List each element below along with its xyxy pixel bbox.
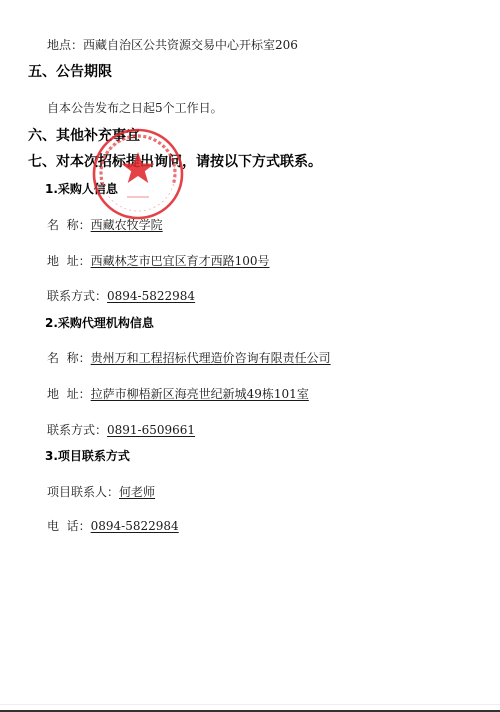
agency-name-line: 名 称：贵州万和工程招标代理造价咨询有限责任公司	[47, 350, 331, 366]
project-person-line: 项目联系人：何老师	[47, 484, 155, 500]
location-label: 地点：	[47, 38, 83, 52]
purchaser-contact-label: 联系方式：	[47, 289, 107, 303]
agency-contact-label: 联系方式：	[47, 423, 107, 437]
section7-heading: 七、对本次招标提出询问，请按以下方式联系。	[28, 153, 322, 171]
purchaser-contact-line: 联系方式：0894-5822984	[47, 288, 195, 304]
agency-address-line: 地 址：拉萨市柳梧新区海亮世纪新城49栋101室	[47, 386, 309, 402]
project-phone-value: 0894-5822984	[91, 519, 179, 533]
agency-name-label: 名 称：	[47, 351, 91, 365]
agency-address-label: 地 址：	[47, 387, 91, 401]
location-line: 地点：西藏自治区公共资源交易中心开标室206	[47, 37, 298, 53]
purchaser-name-line: 名 称：西藏农牧学院	[47, 217, 163, 233]
project-person-value: 何老师	[119, 485, 155, 499]
page-bottom-divider	[0, 704, 500, 705]
purchaser-address-label: 地 址：	[47, 254, 91, 268]
project-phone-label: 电 话：	[47, 519, 91, 533]
section5-body: 自本公告发布之日起5个工作日。	[47, 100, 223, 116]
section5-heading: 五、公告期限	[28, 63, 112, 81]
project-person-label: 项目联系人：	[47, 485, 119, 499]
agency-heading: 2.采购代理机构信息	[45, 315, 154, 331]
purchaser-contact-value: 0894-5822984	[107, 289, 195, 303]
agency-contact-value: 0891-6509661	[107, 423, 195, 437]
purchaser-name-value: 西藏农牧学院	[91, 218, 163, 232]
agency-address-value: 拉萨市柳梧新区海亮世纪新城49栋101室	[91, 387, 309, 401]
purchaser-name-label: 名 称：	[47, 218, 91, 232]
purchaser-address-line: 地 址：西藏林芝市巴宜区育才西路100号	[47, 253, 270, 269]
project-phone-line: 电 话：0894-5822984	[47, 518, 179, 534]
project-contact-heading: 3.项目联系方式	[45, 448, 130, 464]
purchaser-heading: 1.采购人信息	[45, 181, 118, 197]
document-page: 地点：西藏自治区公共资源交易中心开标室206 五、公告期限 自本公告发布之日起5…	[0, 0, 500, 712]
section6-heading: 六、其他补充事宜	[28, 127, 140, 145]
location-value: 西藏自治区公共资源交易中心开标室206	[83, 38, 298, 52]
agency-name-value: 贵州万和工程招标代理造价咨询有限责任公司	[91, 351, 331, 365]
purchaser-address-value: 西藏林芝市巴宜区育才西路100号	[91, 254, 270, 268]
agency-contact-line: 联系方式：0891-6509661	[47, 422, 195, 438]
